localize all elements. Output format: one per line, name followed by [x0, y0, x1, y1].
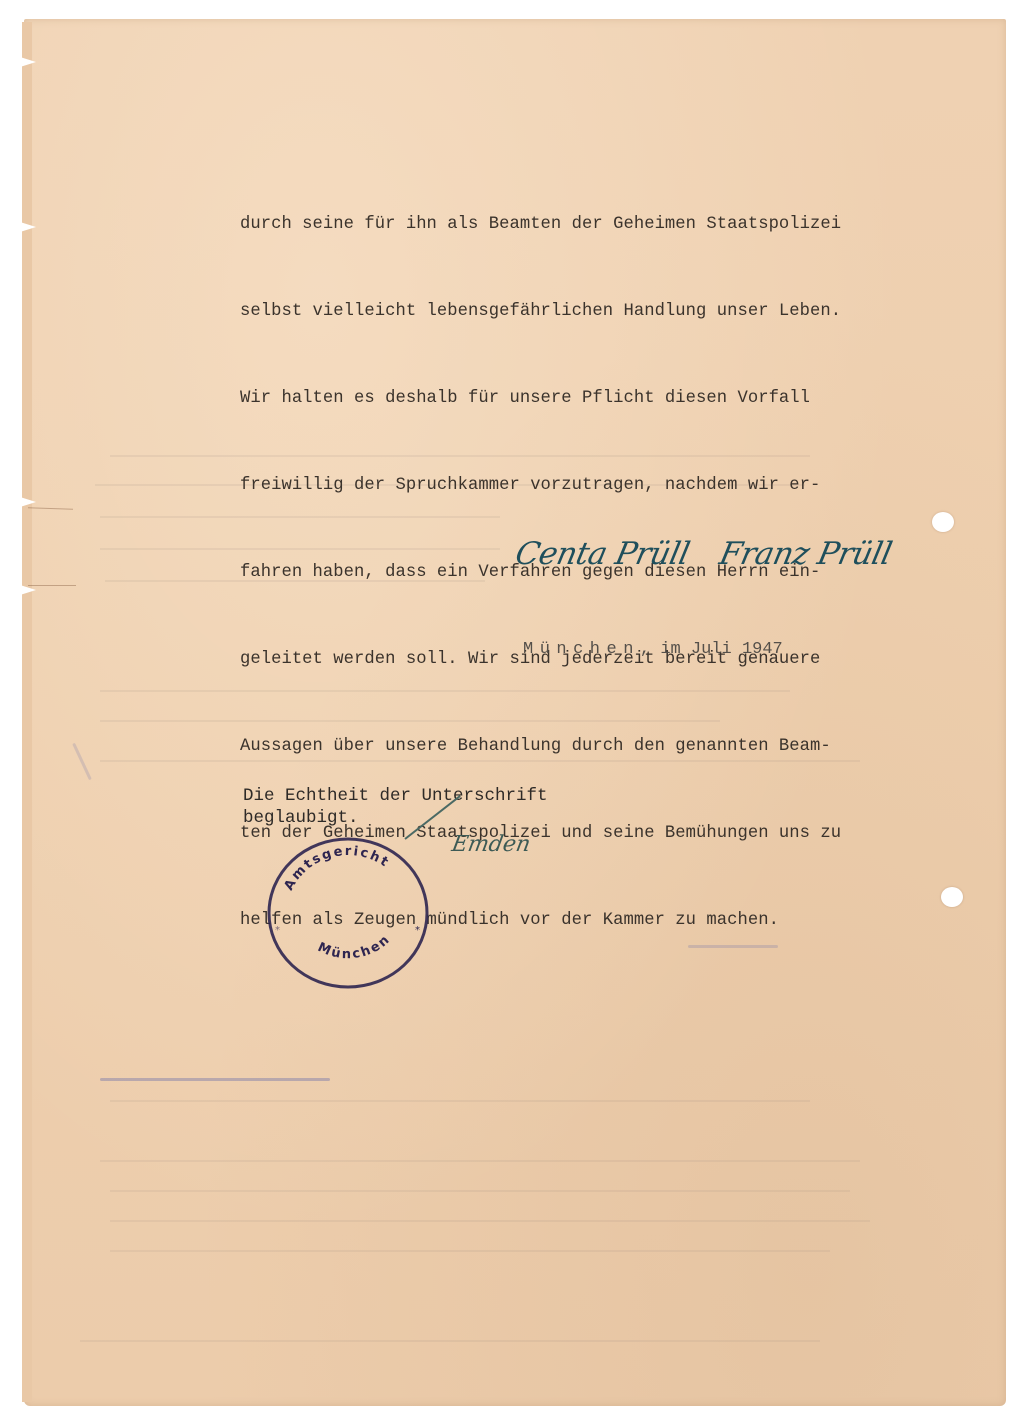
bleed-through	[100, 1160, 860, 1162]
place: München	[523, 640, 640, 659]
date: , im Juli 1947	[640, 640, 783, 659]
notary-signature: Emden	[450, 832, 533, 857]
svg-text:Amtsgericht: Amtsgericht	[282, 844, 393, 893]
attestation-line-2: beglaubigt.	[243, 808, 359, 828]
body-line: durch seine für ihn als Beamten der Gehe…	[240, 210, 960, 239]
place-date-line: München, im Juli 1947	[523, 640, 783, 659]
paper-crack	[28, 585, 76, 586]
attestation-line-1: Die Echtheit der Unterschrift	[243, 786, 548, 806]
body-line: selbst vielleicht lebensgefährlichen Han…	[240, 297, 960, 326]
bleed-through	[110, 1220, 870, 1222]
signature-centa-prull: Centa Prüll	[512, 536, 692, 572]
body-line: Aussagen über unsere Behandlung durch de…	[240, 732, 960, 761]
svg-text:*: *	[415, 925, 420, 936]
stamp-top-text: Amtsgericht	[282, 844, 393, 893]
body-line: Wir halten es deshalb für unsere Pflicht…	[240, 384, 960, 413]
bleed-through	[110, 1250, 830, 1252]
stamp-bottom-text: München	[315, 932, 394, 963]
attestation-block: Die Echtheit der Unterschrift beglaubigt…	[243, 785, 548, 829]
bleed-through	[110, 1100, 810, 1102]
svg-text:*: *	[275, 925, 280, 936]
ink-smudge	[100, 1078, 330, 1081]
court-stamp: Amtsgericht München * *	[265, 835, 431, 991]
handwritten-signatures: Centa Prüll Franz Prüll	[512, 536, 917, 572]
bleed-through	[80, 1340, 820, 1342]
body-line: freiwillig der Spruchkammer vorzutragen,…	[240, 471, 960, 500]
signature-franz-prull: Franz Prüll	[716, 536, 895, 572]
bleed-through	[110, 1190, 850, 1192]
svg-text:München: München	[315, 932, 394, 963]
